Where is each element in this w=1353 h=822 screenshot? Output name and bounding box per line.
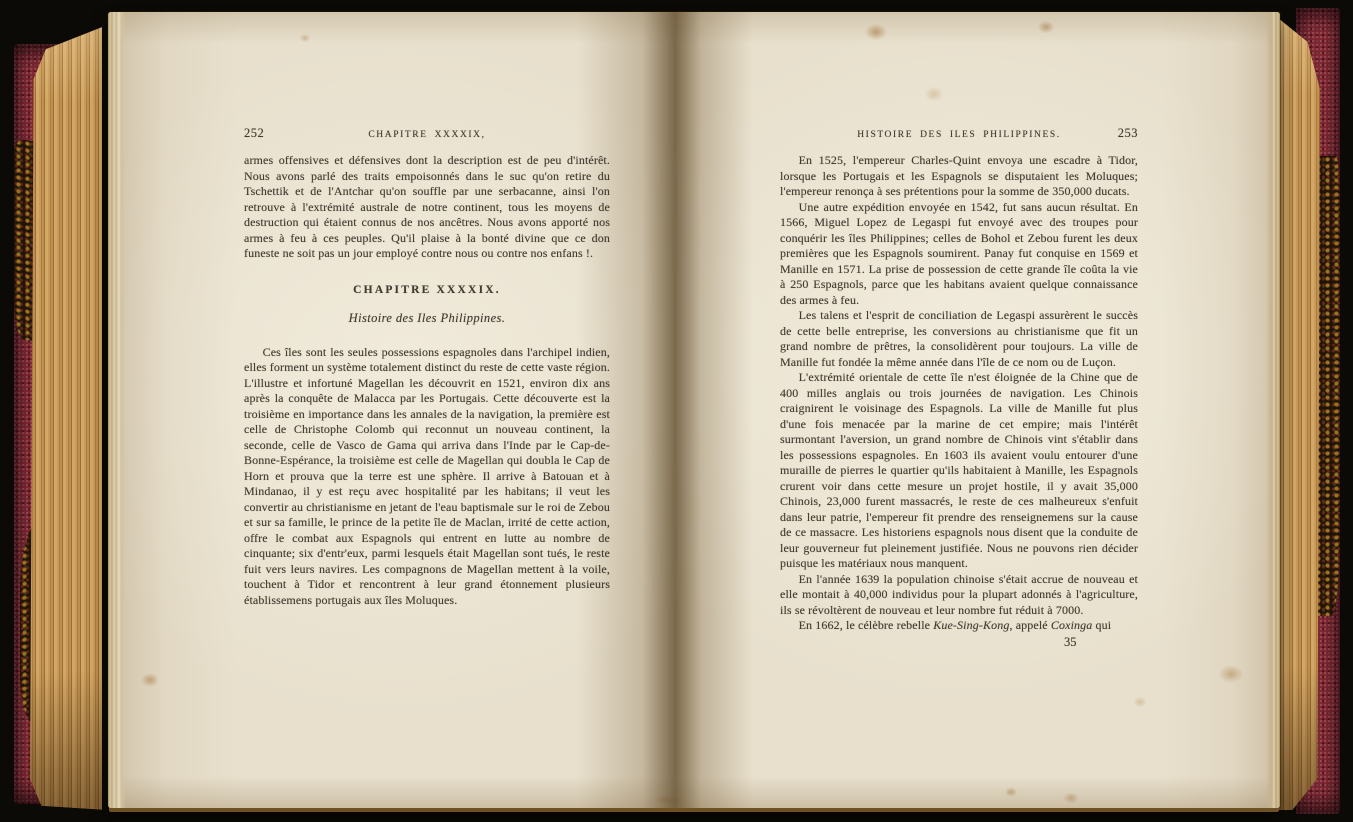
page-number-right: 253 bbox=[1094, 126, 1138, 141]
left-page-header: 252 CHAPITRE XXXXIX, bbox=[244, 126, 610, 141]
running-head-right: HISTOIRE DES ILES PHILIPPINES. bbox=[824, 130, 1094, 140]
paragraph: En l'année 1639 la population chinoise s… bbox=[780, 572, 1138, 619]
running-head-left: CHAPITRE XXXXIX, bbox=[288, 130, 566, 140]
chapter-subtitle: Histoire des Iles Philippines. bbox=[244, 311, 610, 326]
left-page: 252 CHAPITRE XXXXIX, armes offensives et… bbox=[244, 126, 610, 608]
paragraph: Les talens et l'esprit de conciliation d… bbox=[780, 308, 1138, 370]
paragraph: En 1662, le célèbre rebelle Kue-Sing-Kon… bbox=[780, 618, 1138, 634]
paragraph: armes offensives et défensives dont la d… bbox=[244, 153, 610, 262]
open-pages: 252 CHAPITRE XXXXIX, armes offensives et… bbox=[108, 12, 1280, 808]
paragraph-text: qui bbox=[1092, 618, 1111, 632]
paragraph: L'extrémité orientale de cette île n'est… bbox=[780, 370, 1138, 572]
signature-mark: 35 bbox=[780, 635, 1138, 650]
paragraph: Une autre expédition envoyée en 1542, fu… bbox=[780, 200, 1138, 309]
paragraph: Ces îles sont les seules possessions esp… bbox=[244, 345, 610, 609]
paragraph-text: , appelé bbox=[1009, 618, 1050, 632]
page-edges-right bbox=[1278, 18, 1320, 810]
page-edges-left bbox=[30, 24, 102, 812]
right-page: HISTOIRE DES ILES PHILIPPINES. 253 En 15… bbox=[780, 126, 1138, 650]
paragraph-text: En 1662, le célèbre rebelle bbox=[799, 618, 934, 632]
chapter-heading: CHAPITRE XXXXIX. bbox=[244, 284, 610, 296]
proper-name-italic: Coxinga bbox=[1051, 618, 1093, 632]
right-page-header: HISTOIRE DES ILES PHILIPPINES. 253 bbox=[780, 126, 1138, 141]
book-photo: 252 CHAPITRE XXXXIX, armes offensives et… bbox=[0, 0, 1353, 822]
page-number-left: 252 bbox=[244, 126, 288, 141]
paragraph: En 1525, l'empereur Charles-Quint envoya… bbox=[780, 153, 1138, 200]
proper-name-italic: Kue-Sing-Kong bbox=[933, 618, 1009, 632]
